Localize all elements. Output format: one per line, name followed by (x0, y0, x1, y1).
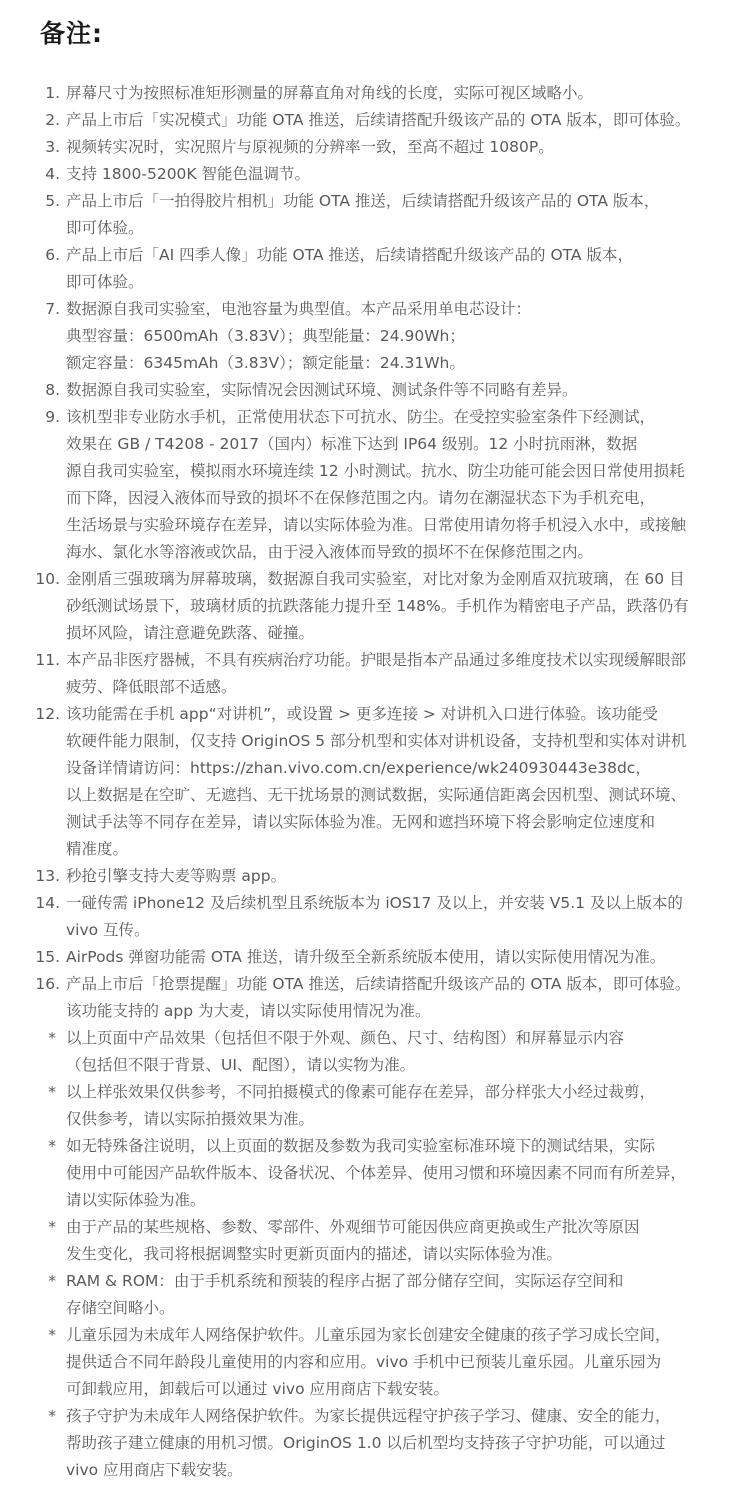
note-line: 生活场景与实验环境存在差异，请以实际体验为准。日常使用请勿将手机浸入水中，或接触 (66, 512, 716, 539)
note-item: 1.屏幕尺寸为按照标准矩形测量的屏幕直角对角线的长度，实际可视区域略小。 (0, 80, 750, 107)
note-item: 2.产品上市后「实况模式」功能 OTA 推送，后续请搭配升级该产品的 OTA 版… (0, 107, 750, 134)
note-line: 数据源自我司实验室，电池容量为典型值。本产品采用单电芯设计： (66, 296, 716, 323)
note-text: 由于产品的某些规格、参数、零部件、外观细节可能因供应商更换或生产批次等原因发生变… (66, 1214, 716, 1268)
note-line: 损坏风险，请注意避免跌落、碰撞。 (66, 620, 716, 647)
note-line: 支持 1800-5200K 智能色温调节。 (66, 161, 716, 188)
note-number: 3. (0, 134, 66, 161)
note-text: AirPods 弹窗功能需 OTA 推送，请升级至全新系统版本使用，请以实际使用… (66, 944, 716, 971)
note-item: 15.AirPods 弹窗功能需 OTA 推送，请升级至全新系统版本使用，请以实… (0, 944, 750, 971)
note-line: 设备详情请访问：https://zhan.vivo.com.cn/experie… (66, 755, 716, 782)
note-text: 一碰传需 iPhone12 及后续机型且系统版本为 iOS17 及以上，并安装 … (66, 890, 716, 944)
asterisk-marker: * (0, 1403, 66, 1430)
note-line: 以上数据是在空旷、无遮挡、无干扰场景的测试数据，实际通信距离会因机型、测试环境、 (66, 782, 716, 809)
note-line: 可卸载应用，卸载后可以通过 vivo 应用商店下载安装。 (66, 1376, 716, 1403)
note-line: 如无特殊备注说明，以上页面的数据及参数为我司实验室标准环境下的测试结果，实际 (66, 1133, 716, 1160)
note-number: 13. (0, 863, 66, 890)
note-line: 儿童乐园为未成年人网络保护软件。儿童乐园为家长创建安全健康的孩子学习成长空间， (66, 1322, 716, 1349)
note-text: 金刚盾三强玻璃为屏幕玻璃，数据源自我司实验室，对比对象为金刚盾双抗玻璃，在 60… (66, 566, 716, 647)
note-item: *由于产品的某些规格、参数、零部件、外观细节可能因供应商更换或生产批次等原因发生… (0, 1214, 750, 1268)
note-item: 10.金刚盾三强玻璃为屏幕玻璃，数据源自我司实验室，对比对象为金刚盾双抗玻璃，在… (0, 566, 750, 647)
note-line: 即可体验。 (66, 269, 716, 296)
note-item: 8.数据源自我司实验室，实际情况会因测试环境、测试条件等不同略有差异。 (0, 377, 750, 404)
note-line: 屏幕尺寸为按照标准矩形测量的屏幕直角对角线的长度，实际可视区域略小。 (66, 80, 716, 107)
note-line: 请以实际体验为准。 (66, 1187, 716, 1214)
note-line: 测试手法等不同存在差异，请以实际体验为准。无网和遮挡环境下将会影响定位速度和 (66, 809, 716, 836)
note-item: 7.数据源自我司实验室，电池容量为典型值。本产品采用单电芯设计：典型容量：650… (0, 296, 750, 377)
note-line: 孩子守护为未成年人网络保护软件。为家长提供远程守护孩子学习、健康、安全的能力， (66, 1403, 716, 1430)
note-item: *RAM & ROM：由于手机系统和预装的程序占据了部分储存空间，实际运存空间和… (0, 1268, 750, 1322)
note-line: 疲劳、降低眼部不适感。 (66, 674, 716, 701)
note-text: 孩子守护为未成年人网络保护软件。为家长提供远程守护孩子学习、健康、安全的能力，帮… (66, 1403, 716, 1484)
note-line: 仅供参考，请以实际拍摄效果为准。 (66, 1106, 716, 1133)
notes-list: 1.屏幕尺寸为按照标准矩形测量的屏幕直角对角线的长度，实际可视区域略小。2.产品… (0, 80, 750, 1484)
note-text: 产品上市后「一拍得胶片相机」功能 OTA 推送，后续请搭配升级该产品的 OTA … (66, 188, 716, 242)
note-text: 以上页面中产品效果（包括但不限于外观、颜色、尺寸、结构图）和屏幕显示内容（包括但… (66, 1025, 716, 1079)
note-item: *儿童乐园为未成年人网络保护软件。儿童乐园为家长创建安全健康的孩子学习成长空间，… (0, 1322, 750, 1403)
note-text: 产品上市后「抢票提醒」功能 OTA 推送，后续请搭配升级该产品的 OTA 版本，… (66, 971, 716, 1025)
note-line: 精准度。 (66, 836, 716, 863)
note-item: 11.本产品非医疗器械，不具有疾病治疗功能。护眼是指本产品通过多维度技术以实现缓… (0, 647, 750, 701)
note-line: 即可体验。 (66, 215, 716, 242)
note-number: 6. (0, 242, 66, 269)
note-text: 秒抢引擎支持大麦等购票 app。 (66, 863, 716, 890)
note-item: 5.产品上市后「一拍得胶片相机」功能 OTA 推送，后续请搭配升级该产品的 OT… (0, 188, 750, 242)
note-item: 14.一碰传需 iPhone12 及后续机型且系统版本为 iOS17 及以上，并… (0, 890, 750, 944)
note-line: 该功能支持的 app 为大麦，请以实际使用情况为准。 (66, 998, 716, 1025)
note-line: 帮助孩子建立健康的用机习惯。OriginOS 1.0 以后机型均支持孩子守护功能… (66, 1430, 716, 1457)
note-line: AirPods 弹窗功能需 OTA 推送，请升级至全新系统版本使用，请以实际使用… (66, 944, 716, 971)
asterisk-marker: * (0, 1322, 66, 1349)
note-line: 海水、氯化水等溶液或饮品，由于浸入液体而导致的损坏不在保修范围之内。 (66, 539, 716, 566)
note-text: 如无特殊备注说明，以上页面的数据及参数为我司实验室标准环境下的测试结果，实际使用… (66, 1133, 716, 1214)
note-text: 数据源自我司实验室，电池容量为典型值。本产品采用单电芯设计：典型容量：6500m… (66, 296, 716, 377)
note-line: 发生变化，我司将根据调整实时更新页面内的描述，请以实际体验为准。 (66, 1241, 716, 1268)
note-number: 2. (0, 107, 66, 134)
note-line: 金刚盾三强玻璃为屏幕玻璃，数据源自我司实验室，对比对象为金刚盾双抗玻璃，在 60… (66, 566, 716, 593)
note-text: 产品上市后「AI 四季人像」功能 OTA 推送，后续请搭配升级该产品的 OTA … (66, 242, 716, 296)
note-number: 10. (0, 566, 66, 593)
note-line: RAM & ROM：由于手机系统和预装的程序占据了部分储存空间，实际运存空间和 (66, 1268, 716, 1295)
asterisk-marker: * (0, 1268, 66, 1295)
note-number: 15. (0, 944, 66, 971)
note-number: 11. (0, 647, 66, 674)
note-line: 以上页面中产品效果（包括但不限于外观、颜色、尺寸、结构图）和屏幕显示内容 (66, 1025, 716, 1052)
note-item: 4.支持 1800-5200K 智能色温调节。 (0, 161, 750, 188)
note-line: 产品上市后「一拍得胶片相机」功能 OTA 推送，后续请搭配升级该产品的 OTA … (66, 188, 716, 215)
note-item: *以上页面中产品效果（包括但不限于外观、颜色、尺寸、结构图）和屏幕显示内容（包括… (0, 1025, 750, 1079)
note-line: 典型容量：6500mAh（3.83V）；典型能量：24.90Wh； (66, 323, 716, 350)
note-item: *孩子守护为未成年人网络保护软件。为家长提供远程守护孩子学习、健康、安全的能力，… (0, 1403, 750, 1484)
page-title: 备注: (40, 14, 103, 50)
note-line: 存储空间略小。 (66, 1295, 716, 1322)
note-number: 4. (0, 161, 66, 188)
note-number: 16. (0, 971, 66, 998)
asterisk-marker: * (0, 1133, 66, 1160)
note-number: 9. (0, 404, 66, 431)
note-text: 以上样张效果仅供参考，不同拍摄模式的像素可能存在差异，部分样张大小经过裁剪，仅供… (66, 1079, 716, 1133)
note-line: 额定容量：6345mAh（3.83V）；额定能量：24.31Wh。 (66, 350, 716, 377)
note-text: 该机型非专业防水手机，正常使用状态下可抗水、防尘。在受控实验室条件下经测试，效果… (66, 404, 716, 566)
note-number: 14. (0, 890, 66, 917)
note-item: *以上样张效果仅供参考，不同拍摄模式的像素可能存在差异，部分样张大小经过裁剪，仅… (0, 1079, 750, 1133)
note-line: 该功能需在手机 app“对讲机”，或设置 > 更多连接 > 对讲机入口进行体验。… (66, 701, 716, 728)
note-line: 砂纸测试场景下，玻璃材质的抗跌落能力提升至 148%。手机作为精密电子产品，跌落… (66, 593, 716, 620)
note-text: 产品上市后「实况模式」功能 OTA 推送，后续请搭配升级该产品的 OTA 版本，… (66, 107, 716, 134)
note-line: （包括但不限于背景、UI、配图），请以实物为准。 (66, 1052, 716, 1079)
note-line: 产品上市后「抢票提醒」功能 OTA 推送，后续请搭配升级该产品的 OTA 版本，… (66, 971, 716, 998)
note-line: 效果在 GB / T4208 - 2017（国内）标准下达到 IP64 级别。1… (66, 431, 716, 458)
note-item: 12.该功能需在手机 app“对讲机”，或设置 > 更多连接 > 对讲机入口进行… (0, 701, 750, 863)
note-line: vivo 应用商店下载安装。 (66, 1457, 716, 1484)
note-text: 该功能需在手机 app“对讲机”，或设置 > 更多连接 > 对讲机入口进行体验。… (66, 701, 716, 863)
note-number: 8. (0, 377, 66, 404)
asterisk-marker: * (0, 1214, 66, 1241)
note-number: 12. (0, 701, 66, 728)
note-line: 一碰传需 iPhone12 及后续机型且系统版本为 iOS17 及以上，并安装 … (66, 890, 716, 917)
note-line: 视频转实况时，实况照片与原视频的分辨率一致，至高不超过 1080P。 (66, 134, 716, 161)
note-text: 本产品非医疗器械，不具有疾病治疗功能。护眼是指本产品通过多维度技术以实现缓解眼部… (66, 647, 716, 701)
note-item: 16.产品上市后「抢票提醒」功能 OTA 推送，后续请搭配升级该产品的 OTA … (0, 971, 750, 1025)
note-item: 6.产品上市后「AI 四季人像」功能 OTA 推送，后续请搭配升级该产品的 OT… (0, 242, 750, 296)
note-item: 3.视频转实况时，实况照片与原视频的分辨率一致，至高不超过 1080P。 (0, 134, 750, 161)
note-line: vivo 互传。 (66, 917, 716, 944)
note-line: 而下降，因浸入液体而导致的损坏不在保修范围之内。请勿在潮湿状态下为手机充电， (66, 485, 716, 512)
note-number: 5. (0, 188, 66, 215)
note-text: 视频转实况时，实况照片与原视频的分辨率一致，至高不超过 1080P。 (66, 134, 716, 161)
note-line: 数据源自我司实验室，实际情况会因测试环境、测试条件等不同略有差异。 (66, 377, 716, 404)
note-line: 该机型非专业防水手机，正常使用状态下可抗水、防尘。在受控实验室条件下经测试， (66, 404, 716, 431)
note-text: 支持 1800-5200K 智能色温调节。 (66, 161, 716, 188)
note-line: 使用中可能因产品软件版本、设备状况、个体差异、使用习惯和环境因素不同而有所差异， (66, 1160, 716, 1187)
note-line: 源自我司实验室，模拟雨水环境连续 12 小时测试。抗水、防尘功能可能会因日常使用… (66, 458, 716, 485)
note-line: 提供适合不同年龄段儿童使用的内容和应用。vivo 手机中已预装儿童乐园。儿童乐园… (66, 1349, 716, 1376)
note-line: 产品上市后「AI 四季人像」功能 OTA 推送，后续请搭配升级该产品的 OTA … (66, 242, 716, 269)
note-line: 产品上市后「实况模式」功能 OTA 推送，后续请搭配升级该产品的 OTA 版本，… (66, 107, 716, 134)
note-number: 7. (0, 296, 66, 323)
note-line: 软硬件能力限制，仅支持 OriginOS 5 部分机型和实体对讲机设备，支持机型… (66, 728, 716, 755)
note-line: 本产品非医疗器械，不具有疾病治疗功能。护眼是指本产品通过多维度技术以实现缓解眼部 (66, 647, 716, 674)
note-line: 秒抢引擎支持大麦等购票 app。 (66, 863, 716, 890)
note-item: 9.该机型非专业防水手机，正常使用状态下可抗水、防尘。在受控实验室条件下经测试，… (0, 404, 750, 566)
note-text: 数据源自我司实验室，实际情况会因测试环境、测试条件等不同略有差异。 (66, 377, 716, 404)
note-text: 屏幕尺寸为按照标准矩形测量的屏幕直角对角线的长度，实际可视区域略小。 (66, 80, 716, 107)
note-text: 儿童乐园为未成年人网络保护软件。儿童乐园为家长创建安全健康的孩子学习成长空间，提… (66, 1322, 716, 1403)
note-line: 由于产品的某些规格、参数、零部件、外观细节可能因供应商更换或生产批次等原因 (66, 1214, 716, 1241)
asterisk-marker: * (0, 1025, 66, 1052)
note-text: RAM & ROM：由于手机系统和预装的程序占据了部分储存空间，实际运存空间和存… (66, 1268, 716, 1322)
note-number: 1. (0, 80, 66, 107)
note-item: *如无特殊备注说明，以上页面的数据及参数为我司实验室标准环境下的测试结果，实际使… (0, 1133, 750, 1214)
note-line: 以上样张效果仅供参考，不同拍摄模式的像素可能存在差异，部分样张大小经过裁剪， (66, 1079, 716, 1106)
asterisk-marker: * (0, 1079, 66, 1106)
note-item: 13.秒抢引擎支持大麦等购票 app。 (0, 863, 750, 890)
